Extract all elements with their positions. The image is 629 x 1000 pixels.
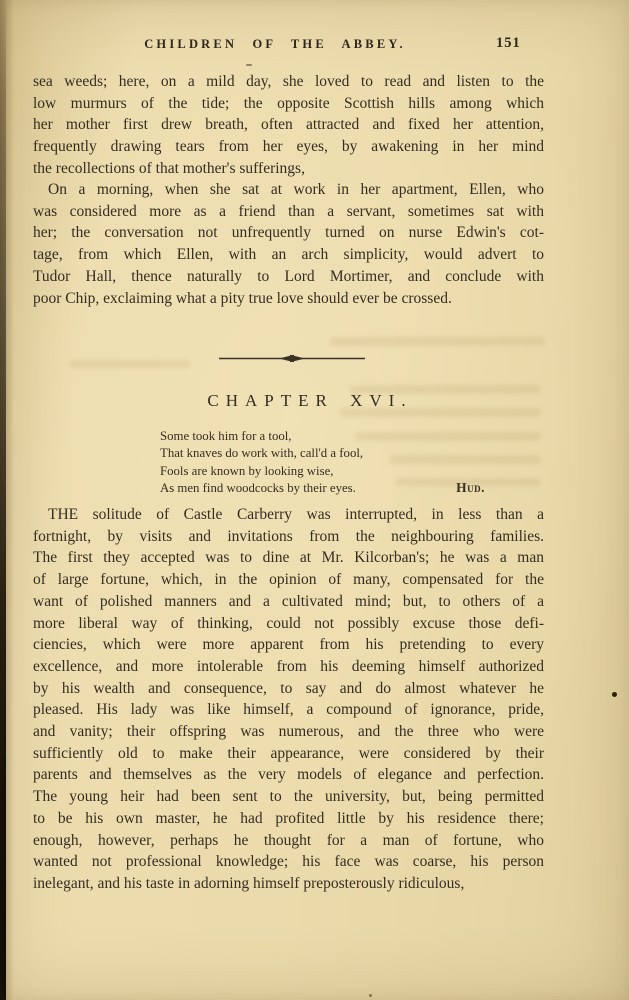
text-line: wanted not professional knowledge; his f… bbox=[33, 851, 544, 873]
paragraph-continued: sea weeds; here, on a mild day, she love… bbox=[33, 71, 544, 180]
text-line: her mother first drew breath, often attr… bbox=[33, 114, 544, 136]
text-line: and vanity; their offspring was numerous… bbox=[33, 721, 544, 743]
chapter-body-paragraph: THE solitude of Castle Carberry was inte… bbox=[33, 504, 544, 895]
bleedthrough-artifact bbox=[70, 360, 190, 368]
text-line: her; the conversation not unfrequently t… bbox=[33, 222, 544, 244]
running-head-title: CHILDREN OF THE ABBEY. bbox=[90, 37, 460, 52]
bleedthrough-artifact bbox=[330, 337, 545, 346]
text-line: Fools are known by looking wise, bbox=[160, 463, 487, 480]
text-line: On a morning, when she sat at work in he… bbox=[33, 179, 544, 201]
book-page-scan: CHILDREN OF THE ABBEY. 151 sea weeds; he… bbox=[0, 0, 629, 1000]
text-line: by his wealth and consequence, to say an… bbox=[33, 678, 544, 700]
text-line: want of polished manners and a cultivate… bbox=[33, 591, 544, 613]
epigraph-attribution: Hud. bbox=[456, 479, 485, 496]
text-line: That knaves do work with, call'd a fool, bbox=[160, 445, 487, 462]
divider-rule-icon bbox=[218, 352, 366, 364]
text-line: tage, from which Ellen, with an arch sim… bbox=[33, 244, 544, 266]
text-line: poor Chip, exclaiming what a pity true l… bbox=[33, 288, 544, 310]
text-line: of large fortune, which, in the opinion … bbox=[33, 569, 544, 591]
text-line: low murmurs of the tide; the opposite Sc… bbox=[33, 93, 544, 115]
text-line: Tudor Hall, thence naturally to Lord Mor… bbox=[33, 266, 544, 288]
text-line: ciencies, which were more apparent from … bbox=[33, 634, 544, 656]
text-line: fortnight, by visits and invitations fro… bbox=[33, 526, 544, 548]
text-line: THE solitude of Castle Carberry was inte… bbox=[33, 504, 544, 526]
section-divider-ornament bbox=[218, 351, 366, 363]
text-line: inelegant, and his taste in adorning him… bbox=[33, 873, 544, 895]
text-line: excellence, and more intolerable from hi… bbox=[33, 656, 544, 678]
text-line: The first they accepted was to dine at M… bbox=[33, 547, 544, 569]
text-line: to be his own master, he had profited li… bbox=[33, 808, 544, 830]
text-line: sea weeds; here, on a mild day, she love… bbox=[33, 71, 544, 93]
text-line: frequently drawing tears from her eyes, … bbox=[33, 136, 544, 158]
text-line: enough, however, perhaps he thought for … bbox=[33, 830, 544, 852]
ink-speck bbox=[369, 994, 372, 997]
ink-speck bbox=[612, 692, 617, 697]
chapter-heading: CHAPTER XVI. bbox=[60, 391, 560, 411]
text-line: The young heir had been sent to the univ… bbox=[33, 786, 544, 808]
scan-gutter-edge bbox=[0, 0, 6, 1000]
text-line: Some took him for a tool, bbox=[160, 428, 487, 445]
text-line: the recollections of that mother's suffe… bbox=[33, 158, 544, 180]
text-line: more liberal way of thinking, could not … bbox=[33, 613, 544, 635]
text-line: parents and themselves as the very model… bbox=[33, 764, 544, 786]
ink-speck bbox=[246, 64, 252, 66]
text-line: pleased. His lady was like himself, a co… bbox=[33, 699, 544, 721]
epigraph: Some took him for a tool,That knaves do … bbox=[160, 428, 487, 497]
page-number: 151 bbox=[496, 35, 521, 52]
text-line: As men find woodcocks by their eyes. bbox=[160, 480, 487, 497]
paragraph: On a morning, when she sat at work in he… bbox=[33, 179, 544, 309]
text-line: sufficiently old to make their appearanc… bbox=[33, 743, 544, 765]
text-line: was considered more as a friend than a s… bbox=[33, 201, 544, 223]
